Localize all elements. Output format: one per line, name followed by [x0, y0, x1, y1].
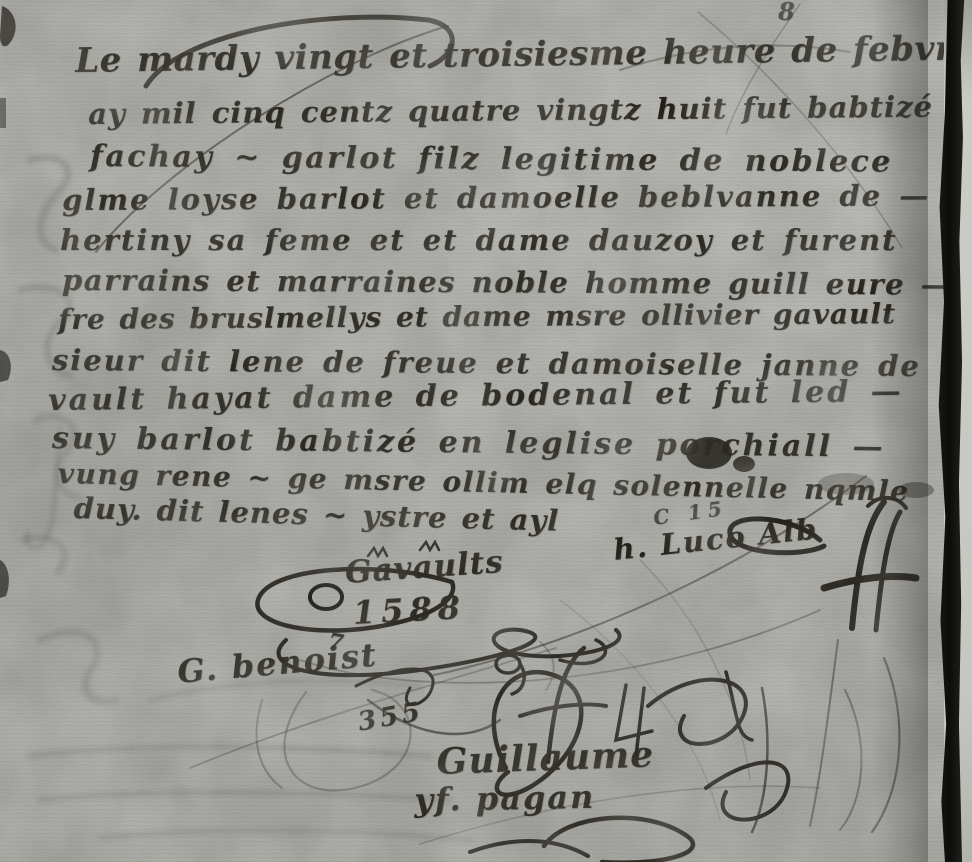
signature-gavault: Gavaults: [344, 547, 505, 589]
signature-pagan: yf. pagan: [414, 781, 596, 816]
manuscript-line: duy. dit lenes ~ ystre et ayl: [73, 494, 559, 536]
top-right-mark: 8: [778, 0, 795, 24]
folio-number: 355: [356, 698, 426, 735]
manuscript-line: parrains et marraines noble homme guill …: [62, 266, 951, 300]
manuscript-line: fre des bruslmellys et dame msre ollivie…: [58, 300, 896, 334]
manuscript-line: hertiny sa feme et et dame dauzoy et fur…: [60, 226, 897, 255]
manuscript-line: ay mil cinq centz quatre vingtz huit fut…: [88, 93, 933, 129]
manuscript-line: Le mardy vingt et troisiesme heure de fe…: [75, 31, 972, 78]
manuscript-line: vault hayat dame de bodenal et fut led —: [48, 377, 904, 416]
pencil-scratches: [420, 4, 902, 844]
manuscript-line: glme loyse barlot et damoelle beblvanne …: [62, 181, 930, 215]
signature-luco: h. Luco Alb: [612, 515, 820, 565]
manuscript-page-scan: Le mardy vingt et troisiesme heure de fe…: [0, 0, 972, 862]
manuscript-line: fachay ~ garlot filz legitime de noblece: [90, 142, 893, 178]
signature-benoist: G. benoist: [176, 639, 379, 688]
manuscript-line: suy barlot babtizé en leglise porchiall …: [52, 424, 886, 463]
signature-year: 1588: [352, 591, 467, 629]
left-edge-marks: [0, 6, 16, 598]
signature-guillaume: Guillaume: [436, 736, 655, 780]
